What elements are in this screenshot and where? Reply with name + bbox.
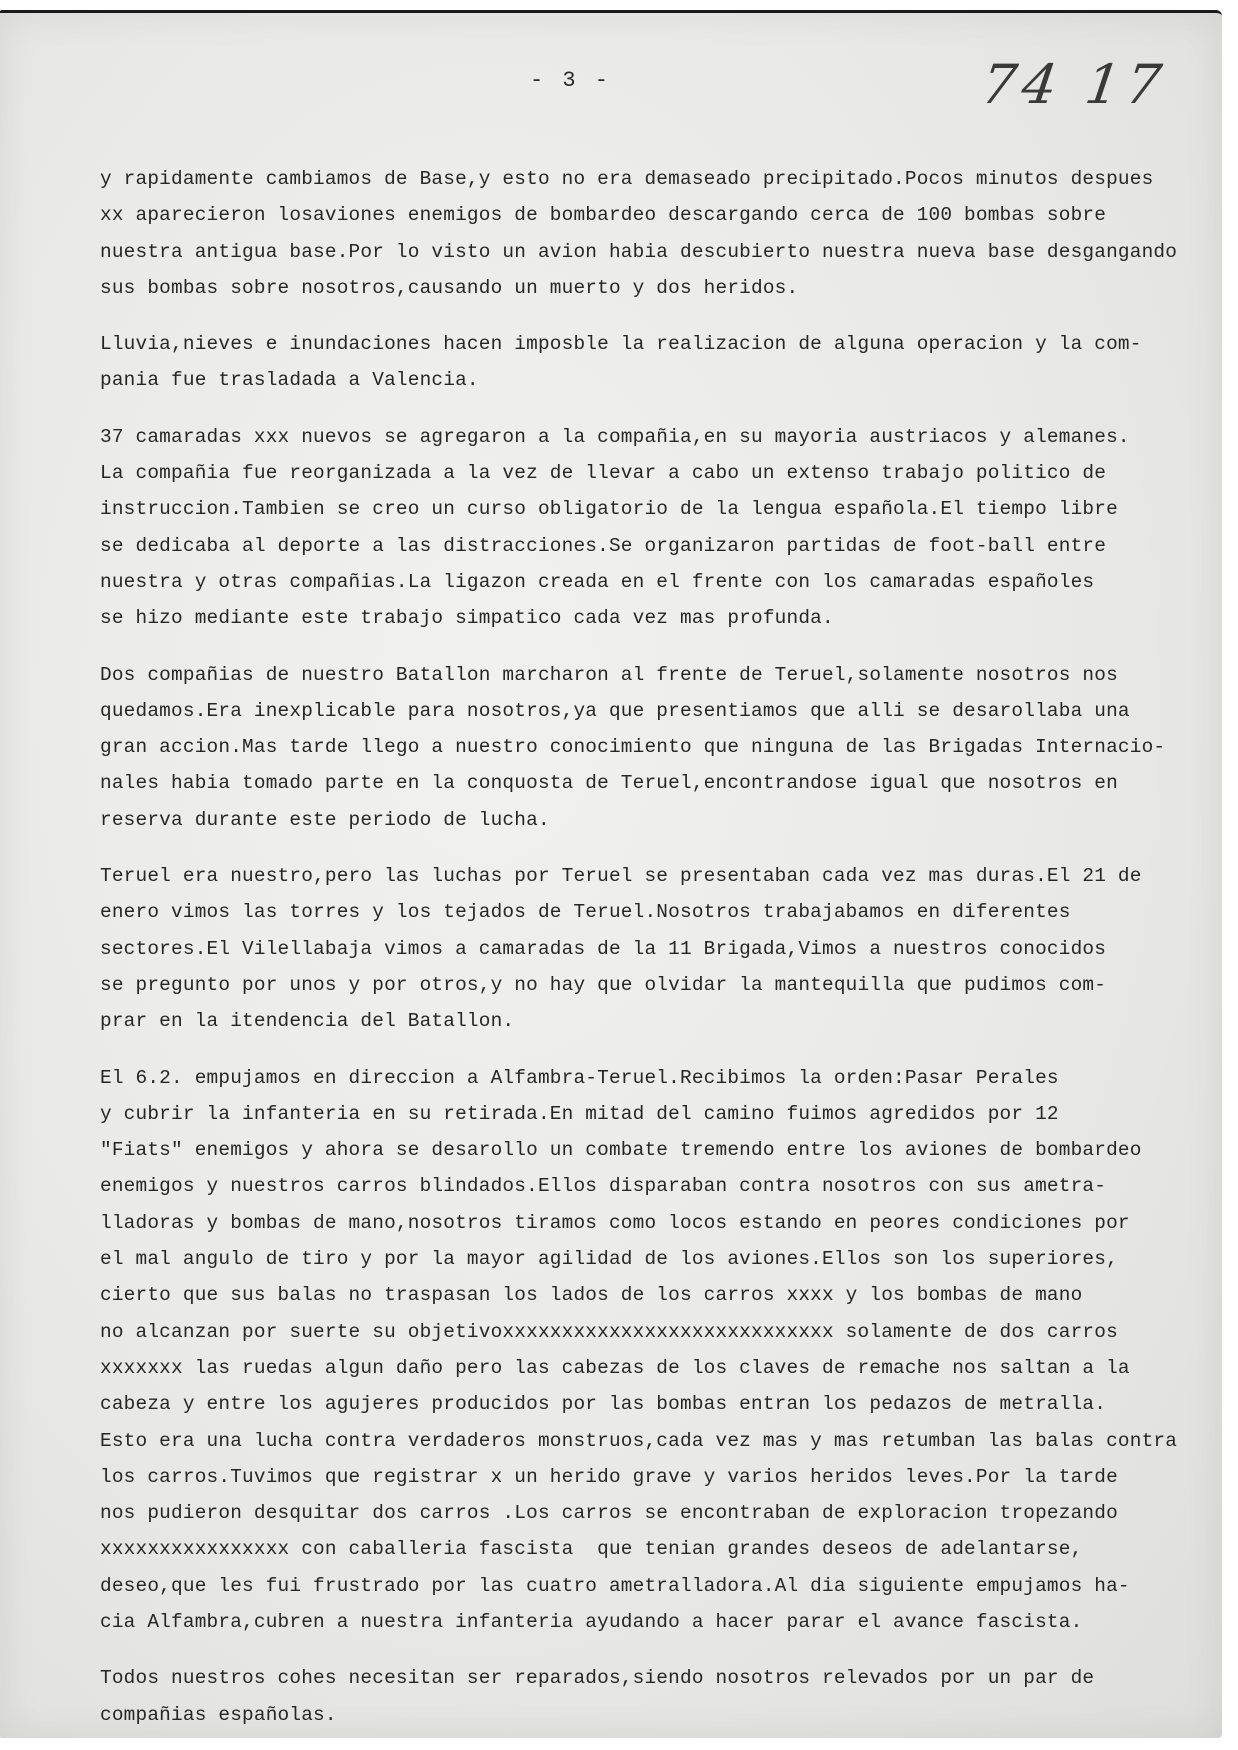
text-line: deseo,que les fui frustrado por las cuat… [100, 1568, 1210, 1604]
text-line: nuestra antigua base.Por lo visto un avi… [100, 234, 1210, 270]
text-line: reserva durante este periodo de lucha. [100, 802, 1210, 838]
paragraph: 37 camaradas xxx nuevos se agregaron a l… [100, 419, 1210, 637]
text-line: y rapidamente cambiamos de Base,y esto n… [100, 161, 1210, 197]
text-line: sectores.El Vilellabaja vimos a camarada… [100, 931, 1210, 967]
text-line: se hizo mediante este trabajo simpatico … [100, 600, 1210, 636]
text-line: lladoras y bombas de mano,nosotros tiram… [100, 1205, 1210, 1241]
paragraph: Teruel era nuestro,pero las luchas por T… [100, 858, 1210, 1039]
text-line: quedamos.Era inexplicable para nosotros,… [100, 693, 1210, 729]
text-line: pania fue trasladada a Valencia. [100, 362, 1210, 398]
page-number: - 3 - [530, 68, 611, 93]
handwritten-archive-number: 74 17 [978, 53, 1171, 116]
paragraph: El 6.2. empujamos en direccion a Alfambr… [100, 1060, 1210, 1641]
paragraph: Dos compañias de nuestro Batallon marcha… [100, 657, 1210, 838]
text-line: 37 camaradas xxx nuevos se agregaron a l… [100, 419, 1210, 455]
text-line: se pregunto por unos y por otros,y no ha… [100, 967, 1210, 1003]
text-line: sus bombas sobre nosotros,causando un mu… [100, 270, 1210, 306]
paragraph: Todos nuestros cohes necesitan ser repar… [100, 1660, 1210, 1733]
text-line: Esto era una lucha contra verdaderos mon… [100, 1423, 1210, 1459]
text-line: Dos compañias de nuestro Batallon marcha… [100, 657, 1210, 693]
text-line: Teruel era nuestro,pero las luchas por T… [100, 858, 1210, 894]
text-line: se dedicaba al deporte a las distraccion… [100, 528, 1210, 564]
text-line: xx aparecieron losaviones enemigos de bo… [100, 197, 1210, 233]
text-line: La compañia fue reorganizada a la vez de… [100, 455, 1210, 491]
text-line: xxxxxxx las ruedas algun daño pero las c… [100, 1350, 1210, 1386]
text-line: cia Alfambra,cubren a nuestra infanteria… [100, 1604, 1210, 1640]
paragraph: y rapidamente cambiamos de Base,y esto n… [100, 161, 1210, 306]
text-line: Lluvia,nieves e inundaciones hacen impos… [100, 326, 1210, 362]
text-line: compañias españolas. [100, 1697, 1210, 1733]
text-line: xxxxxxxxxxxxxxxx con caballeria fascista… [100, 1531, 1210, 1567]
text-line: y cubrir la infanteria en su retirada.En… [100, 1096, 1210, 1132]
text-line: el mal angulo de tiro y por la mayor agi… [100, 1241, 1210, 1277]
text-line: gran accion.Mas tarde llego a nuestro co… [100, 729, 1210, 765]
text-line: enero vimos las torres y los tejados de … [100, 894, 1210, 930]
text-line: cabeza y entre los agujeres producidos p… [100, 1386, 1210, 1422]
text-line: nuestra y otras compañias.La ligazon cre… [100, 564, 1210, 600]
text-line: nales habia tomado parte en la conquosta… [100, 765, 1210, 801]
text-line: los carros.Tuvimos que registrar x un he… [100, 1459, 1210, 1495]
text-line: "Fiats" enemigos y ahora se desarollo un… [100, 1132, 1210, 1168]
text-line: enemigos y nuestros carros blindados.Ell… [100, 1168, 1210, 1204]
text-line: El 6.2. empujamos en direccion a Alfambr… [100, 1060, 1210, 1096]
text-line: no alcanzan por suerte su objetivoxxxxxx… [100, 1314, 1210, 1350]
text-line: prar en la itendencia del Batallon. [100, 1003, 1210, 1039]
paragraph: Lluvia,nieves e inundaciones hacen impos… [100, 326, 1210, 399]
typewritten-page: - 3 - 74 17 y rapidamente cambiamos de B… [0, 10, 1222, 1738]
document-body: y rapidamente cambiamos de Base,y esto n… [100, 161, 1210, 1750]
text-line: instruccion.Tambien se creo un curso obl… [100, 491, 1210, 527]
text-line: cierto que sus balas no traspasan los la… [100, 1277, 1210, 1313]
text-line: nos pudieron desquitar dos carros .Los c… [100, 1495, 1210, 1531]
text-line: Todos nuestros cohes necesitan ser repar… [100, 1660, 1210, 1696]
